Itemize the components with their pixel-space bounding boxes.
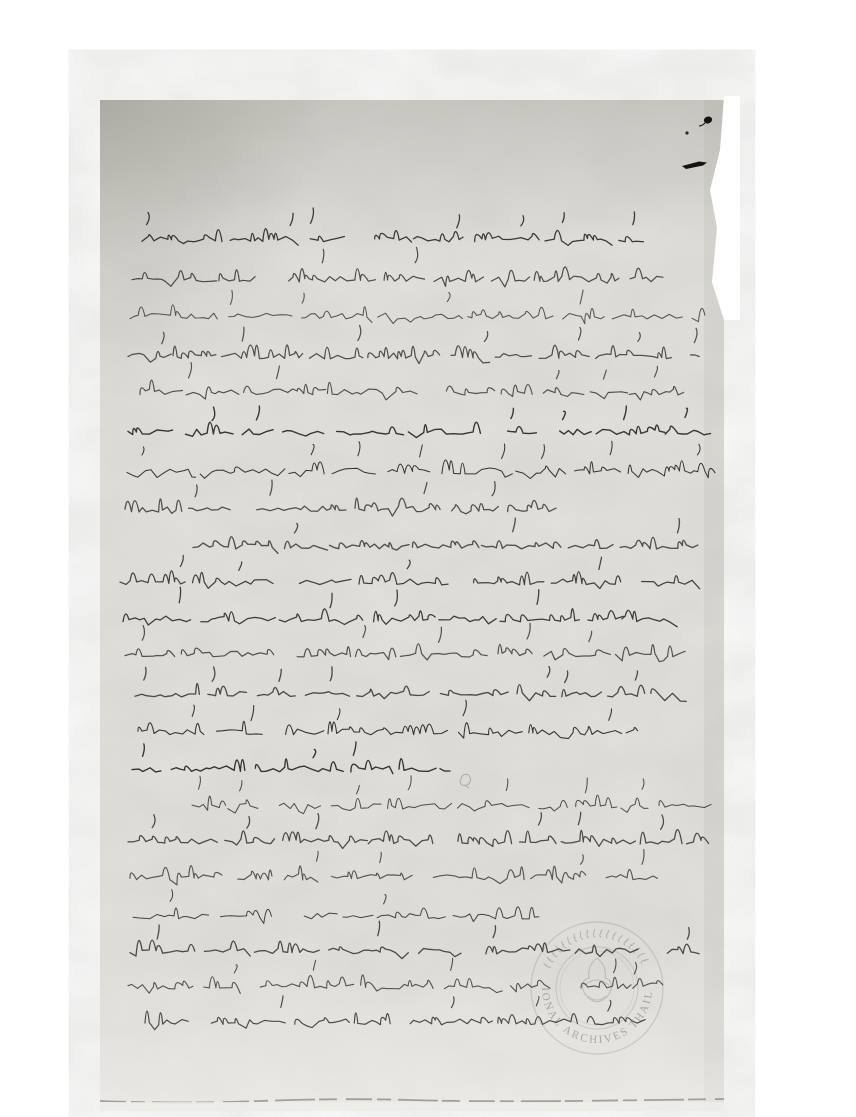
- page-bottom-sliver: [100, 1102, 724, 1111]
- paper-sheet: [100, 96, 740, 1111]
- scanned-page-canvas: NATIONAL ARCHIVES THAILAND ด้วยเป็นคนรู้…: [0, 0, 856, 1117]
- ink-dot: [685, 131, 688, 134]
